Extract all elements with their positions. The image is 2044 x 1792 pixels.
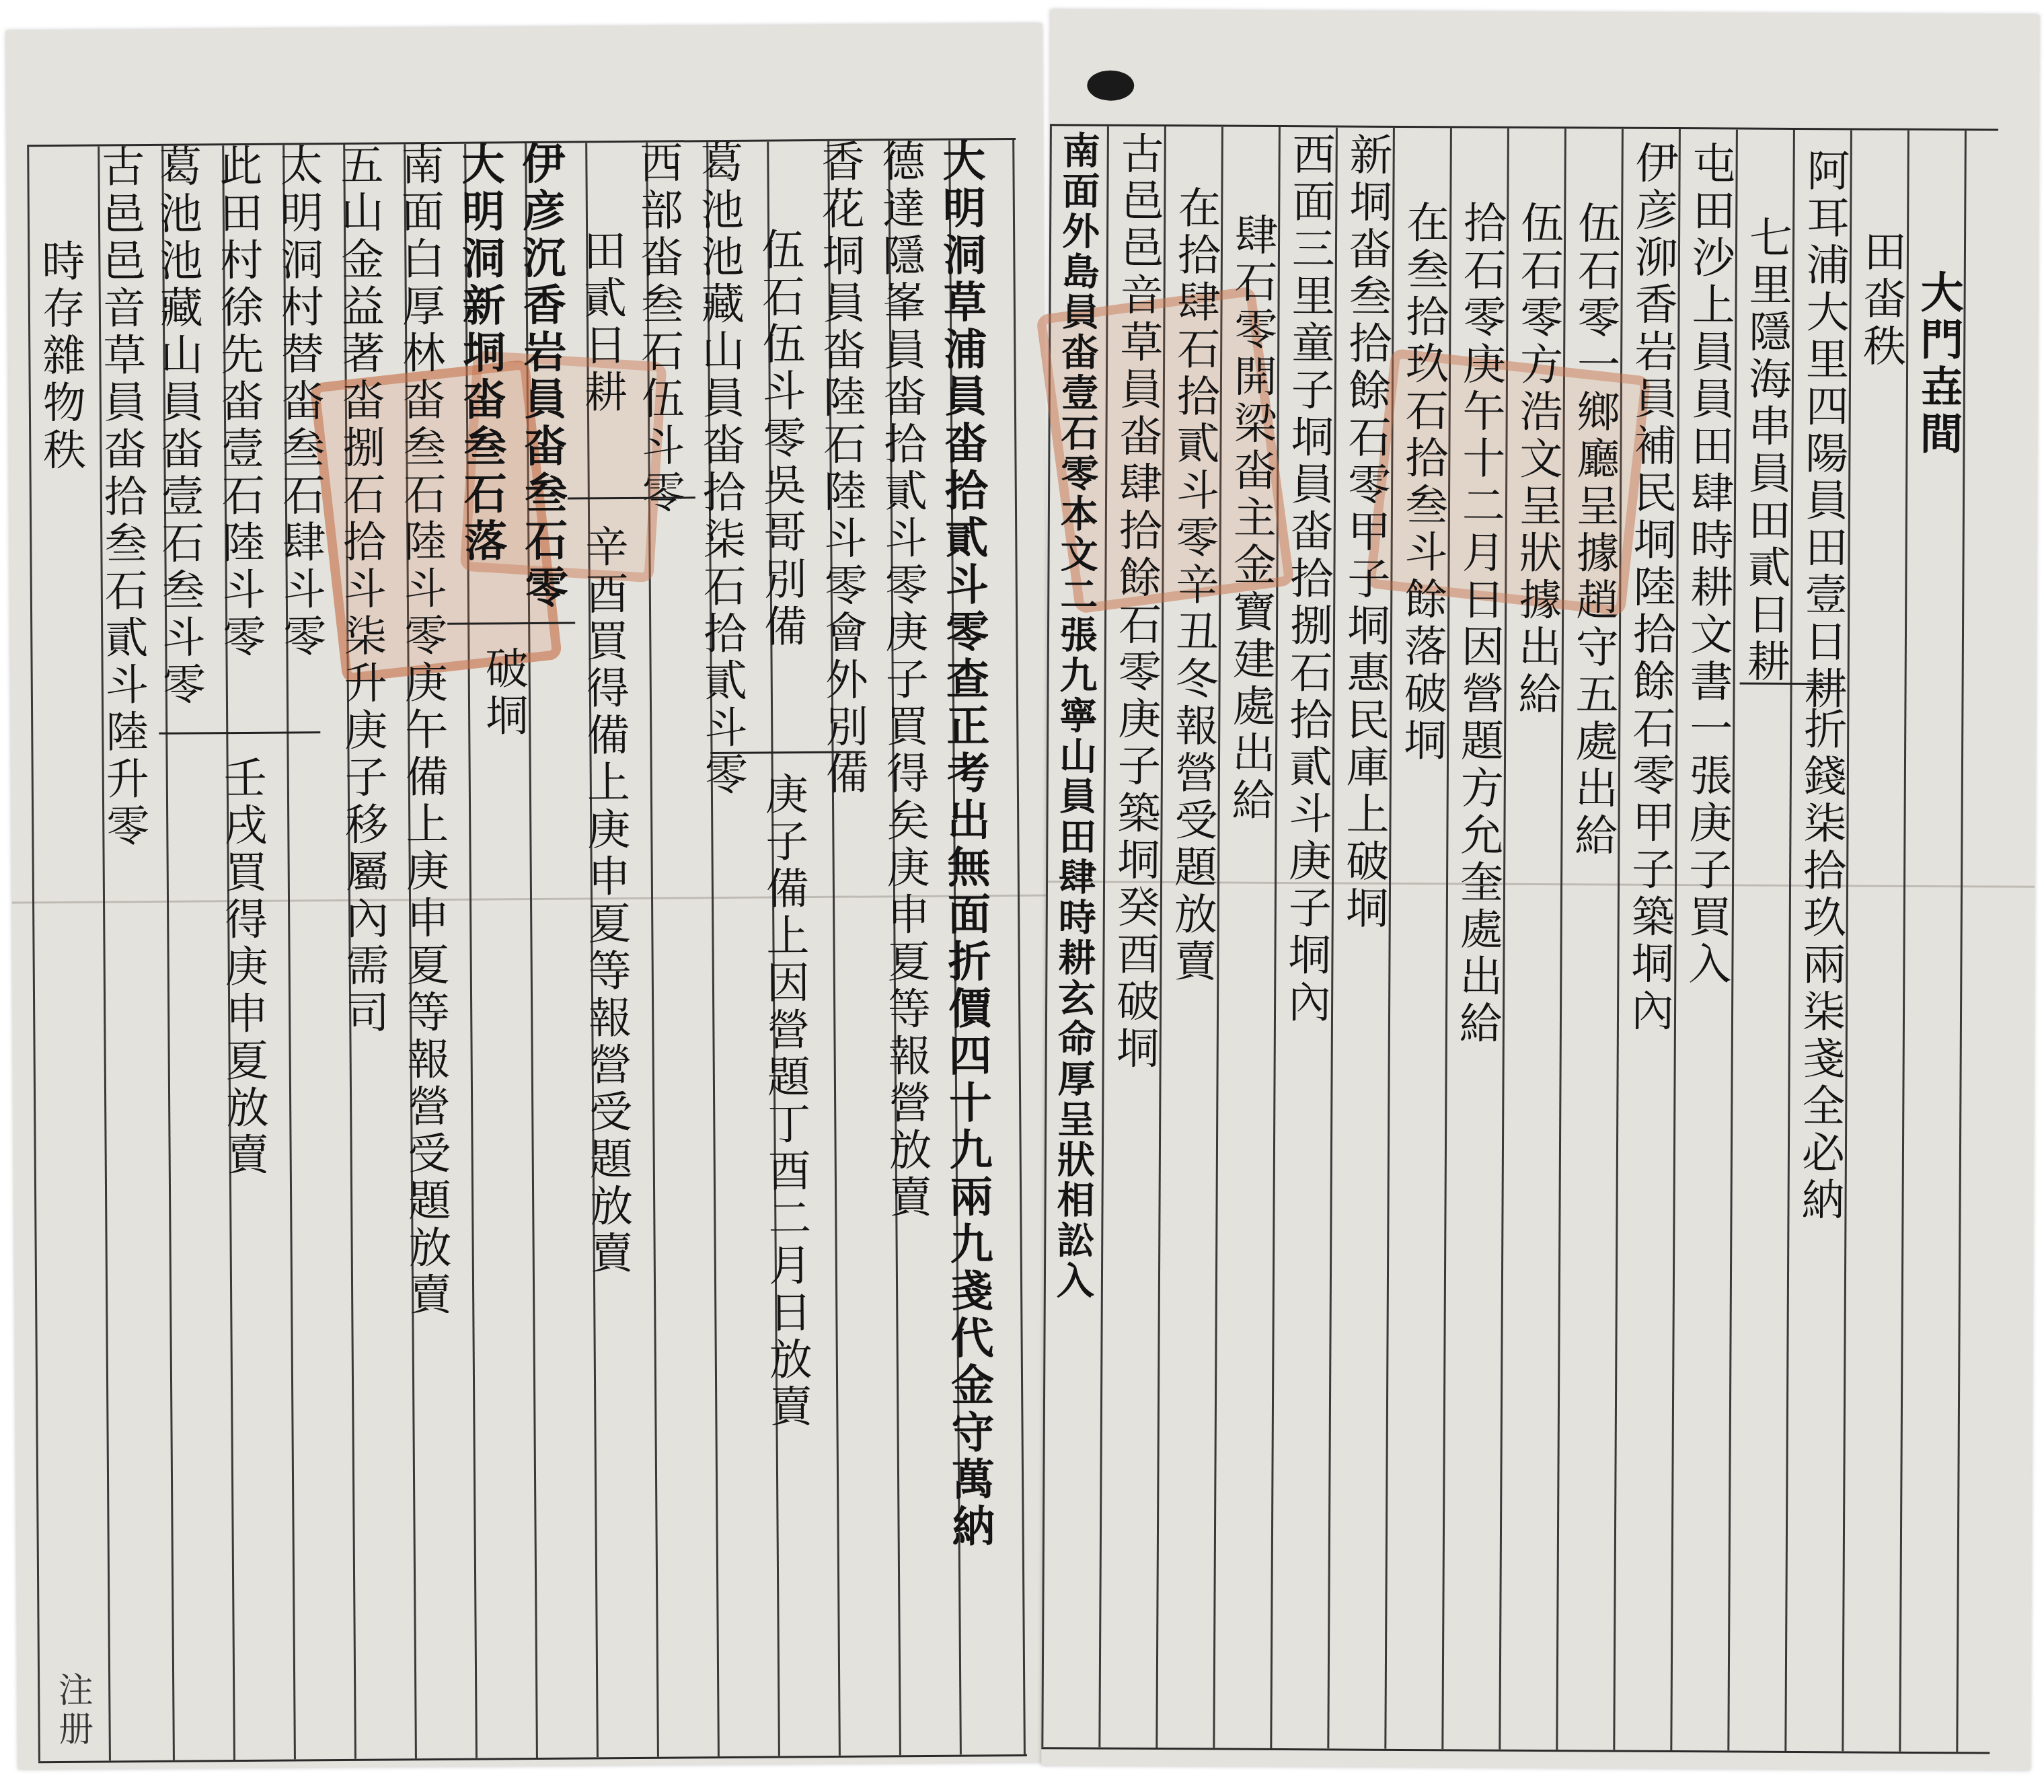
entry-column: 新垌畓叁拾餘石零甲子垌惠民庫上破垌 bbox=[1342, 132, 1389, 932]
entry-column: 伍石伍斗零吳哥別備 bbox=[757, 227, 803, 650]
entry-column: 葛池池藏山員畓拾柒石拾貳斗零 bbox=[696, 140, 744, 799]
margin-note: 注册 bbox=[54, 1672, 90, 1750]
entry-column: 西面三里童子垌員畓拾捌石拾貳斗庚子垌內 bbox=[1284, 132, 1332, 1026]
entry-column: 阿耳浦大里四陽員田壹日耕 bbox=[1800, 148, 1846, 713]
entry-column: 伊彦泖香岩員補民垌陸拾餘石零甲子築垌內 bbox=[1627, 141, 1675, 1035]
entry-column: 南面白厚林畓叁石陸斗零庚午備上庚申夏等報營受題放賣 bbox=[397, 142, 448, 1319]
entry-column: 西部畓叁石伍斗零 bbox=[636, 140, 681, 517]
entry-column: 大明洞草浦員畓拾貳斗零查正考出無面折價四十九兩九戔代金守萬納 bbox=[938, 138, 991, 1551]
entry-column: 古邑邑音草員畓肆拾餘石零庚子築垌癸酉破垌 bbox=[1112, 131, 1160, 1073]
entry-column: 太明洞村替畓叁石肆斗零 bbox=[276, 143, 322, 661]
entry-continuation: 破垌 bbox=[481, 646, 525, 740]
entry-continuation: 折錢柒拾玖兩柒戔全必納 bbox=[1797, 706, 1843, 1224]
entry-column: 南面外島員畓壹石零本文二張九寧山員田肆時耕玄命厚呈狀相訟入 bbox=[1054, 130, 1098, 1301]
entry-continuation: 庚子備上因營題丁酉二月日放賣 bbox=[761, 772, 809, 1431]
entry-column: 五山金益著畓捌石拾斗柒升庚子移屬內需司 bbox=[336, 143, 385, 1037]
ink-blot bbox=[1087, 70, 1134, 100]
entry-column: 在叁拾玖石拾叁斗餘落破垌 bbox=[1400, 200, 1445, 765]
entry-continuation: 壬戌買得庚申夏放賣 bbox=[220, 755, 266, 1179]
entry-column: 此田村徐先畓壹石陸斗零 bbox=[215, 143, 262, 661]
page-title: 大門壵間 bbox=[1916, 270, 1959, 458]
section-heading: 田畓秩 bbox=[1859, 229, 1903, 370]
entry-column: 伍石零方浩文呈狀據出給 bbox=[1514, 200, 1560, 718]
entry-column: 七里隱海串員田貳日耕 bbox=[1743, 215, 1789, 686]
entry-column: 德達隱峯員畓拾貳斗零庚子買得矣庚申夏等報營放賣 bbox=[878, 139, 928, 1222]
entry-column: 大明洞新垌畓叁石落 bbox=[457, 141, 503, 565]
entry-column: 古邑邑音草員畓拾叁石貳斗陸升零 bbox=[98, 144, 145, 850]
entry-column: 田貳日耕 bbox=[579, 228, 623, 416]
entry-column: 香花垌員畓陸石陸斗零會外別備 bbox=[817, 139, 865, 798]
right-page: 大門壵間 田畓秩 阿耳浦大里四陽員田壹日耕 折錢柒拾玖兩柒戔全必納 七里隱海串員… bbox=[1041, 9, 2039, 1770]
entry-column: 伍石零一鄉廳呈據趙守五處出給 bbox=[1570, 200, 1617, 860]
entry-continuation: 辛酉買得備上庚申夏等報營受題放賣 bbox=[581, 524, 630, 1277]
left-page: 大明洞草浦員畓拾貳斗零查正考出無面折價四十九兩九戔代金守萬納 德達隱峯員畓拾貳斗… bbox=[6, 24, 1054, 1770]
section-heading: 時存雜物秩 bbox=[38, 239, 82, 474]
entry-column: 屯田沙上員員田肆時耕文書一張庚子買入 bbox=[1684, 141, 1732, 988]
entry-column: 拾石零庚午十二月日因營題方允奎處出給 bbox=[1455, 200, 1503, 1047]
entry-column: 伊彦沉香岩員畓叁石零 bbox=[518, 141, 564, 612]
entry-column: 肆石零開梁畓主金寶建處出給 bbox=[1228, 213, 1275, 825]
entry-column: 葛池池藏山員畓壹石叁斗零 bbox=[155, 143, 202, 708]
entry-column: 在拾肆石拾貳斗零辛丑冬報營受題放賣 bbox=[1170, 185, 1217, 985]
rule bbox=[1899, 130, 1909, 1752]
rule bbox=[1012, 140, 1026, 1754]
